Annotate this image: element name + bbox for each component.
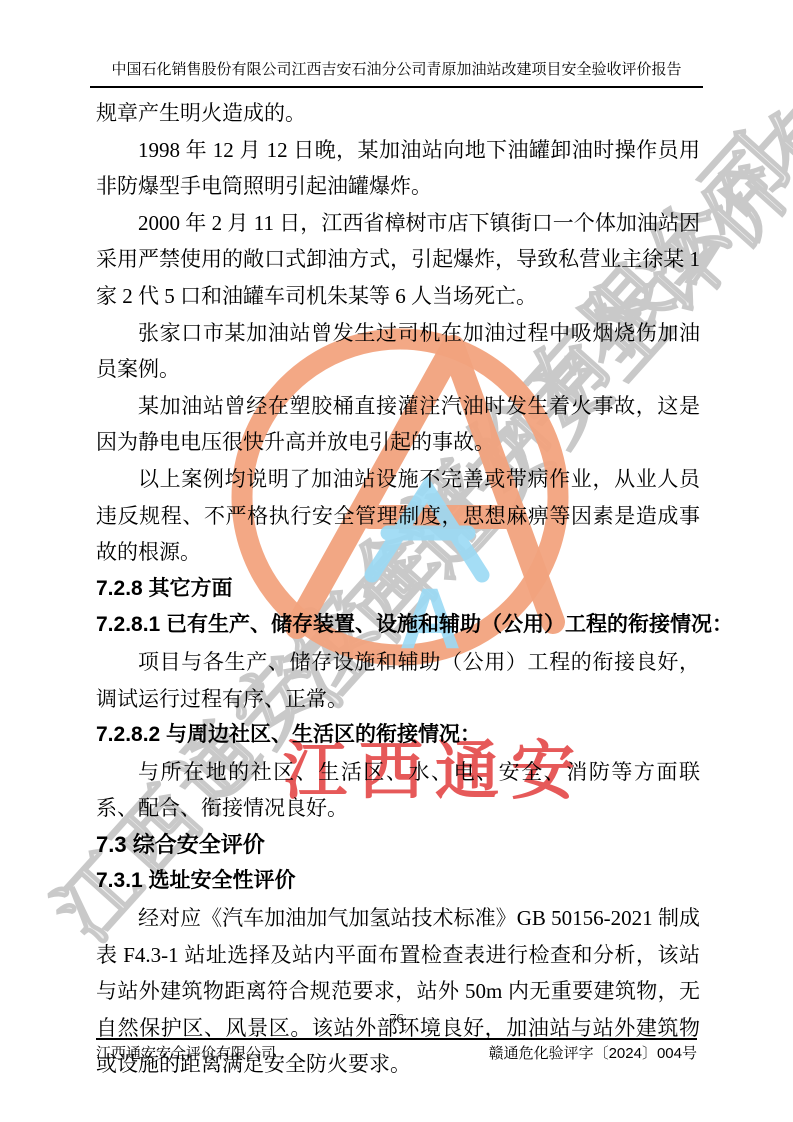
paragraph: 与所在地的社区、生活区、水、电、安全、消防等方面联系、配合、衔接情况良好。: [96, 754, 700, 827]
document-page: 江西通安安全评价有限公司 江西通安安全评价有限公司 A 江西通安 中国石化销售股…: [0, 0, 793, 1122]
paragraph: 张家口市某加油站曾发生过司机在加油过程中吸烟烧伤加油员案例。: [96, 315, 700, 388]
section-heading-7-2-8: 7.2.8 其它方面: [96, 571, 700, 608]
section-heading-7-2-8-1: 7.2.8.1 已有生产、储存装置、设施和辅助（公用）工程的衔接情况：: [96, 607, 700, 644]
paragraph: 某加油站曾经在塑胶桶直接灌注汽油时发生着火事故，这是因为静电电压很快升高并放电引…: [96, 388, 700, 461]
footer-divider: [96, 1038, 697, 1040]
document-body: 规章产生明火造成的。 1998 年 12 月 12 日晚，某加油站向地下油罐卸油…: [96, 95, 700, 1083]
section-heading-7-3-1: 7.3.1 选址安全性评价: [96, 863, 700, 900]
paragraph: 项目与各生产、储存设施和辅助（公用）工程的衔接良好，调试运行过程有序、正常。: [96, 644, 700, 717]
paragraph: 2000 年 2 月 11 日，江西省樟树市店下镇街口一个体加油站因采用严禁使用…: [96, 205, 700, 315]
paragraph: 以上案例均说明了加油站设施不完善或带病作业，从业人员违反规程、不严格执行安全管理…: [96, 461, 700, 571]
page-number: 76: [0, 1012, 793, 1028]
header-divider: [90, 86, 703, 88]
paragraph: 规章产生明火造成的。: [96, 95, 700, 132]
section-heading-7-3: 7.3 综合安全评价: [96, 827, 700, 864]
footer-company-name: 江西通安安全评价有限公司: [96, 1042, 276, 1063]
section-heading-7-2-8-2: 7.2.8.2 与周边社区、生活区的衔接情况：: [96, 717, 700, 754]
footer-license-number: 赣通危化验评字〔2024〕004号: [489, 1042, 697, 1063]
page-header-title: 中国石化销售股份有限公司江西吉安石油分公司青原加油站改建项目安全验收评价报告: [96, 58, 697, 79]
page-footer: 江西通安安全评价有限公司 赣通危化验评字〔2024〕004号: [96, 1042, 697, 1063]
paragraph: 1998 年 12 月 12 日晚，某加油站向地下油罐卸油时操作员用非防爆型手电…: [96, 132, 700, 205]
